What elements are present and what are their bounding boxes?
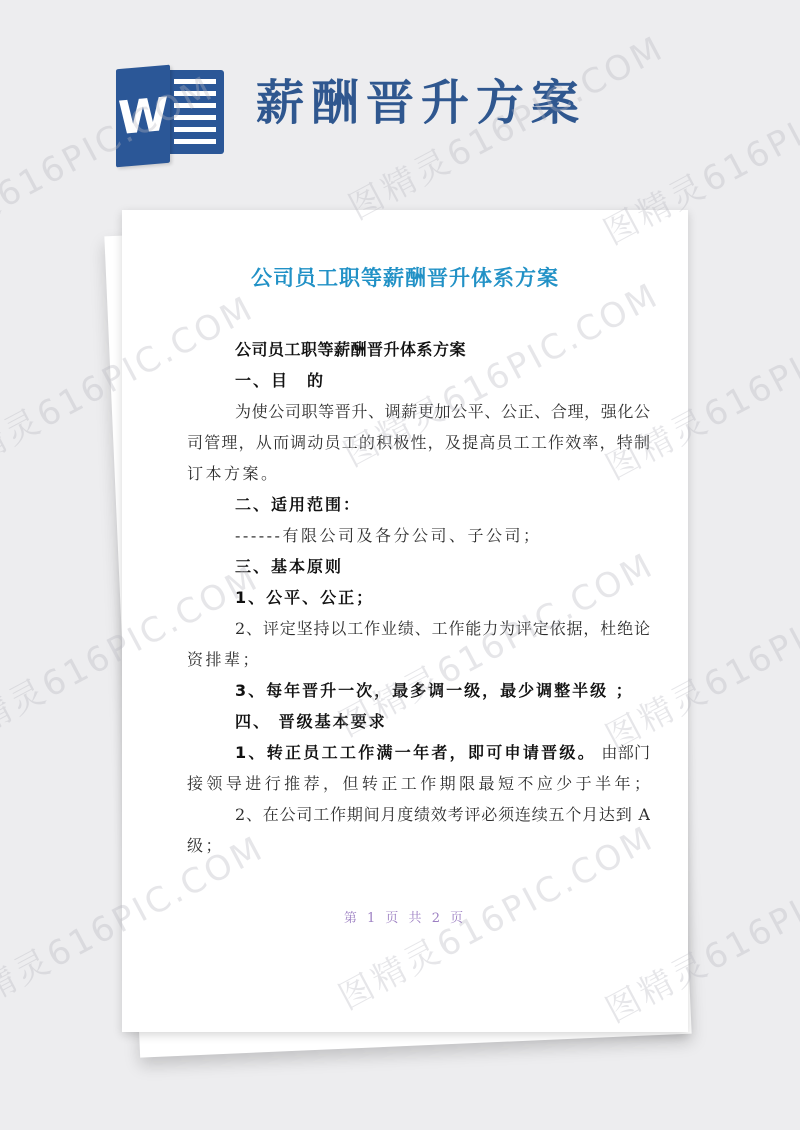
document-subtitle: 公司员工职等薪酬晋升体系方案 — [187, 334, 650, 365]
site-header: W 薪酬晋升方案 — [0, 0, 800, 200]
paragraph-line: 订本方案。 — [187, 458, 650, 489]
list-item: 2、在公司工作期间月度绩效考评必须连续五个月达到 A — [187, 799, 650, 830]
paragraph-line: 司管理，从而调动员工的积极性，及提高员工工作效率，特制 — [187, 427, 650, 458]
list-item-bold-part: 1、转正员工工作满一年者，即可申请晋级。 — [235, 743, 596, 762]
list-item: 3、每年晋升一次，最多调一级，最少调整半级 ； — [187, 675, 650, 706]
word-icon-cover-part: W — [116, 65, 170, 168]
word-icon-letter: W — [116, 65, 170, 168]
paragraph-line: 级； — [187, 830, 650, 861]
word-file-icon: W — [114, 62, 226, 170]
section-1-heading: 一、目 的 — [187, 365, 650, 396]
word-icon-document-part — [166, 70, 224, 154]
paragraph-line: 资排辈； — [187, 644, 650, 675]
page-title: 薪酬晋升方案 — [256, 72, 586, 134]
page-number: 第 1 页 共 2 页 — [122, 907, 688, 926]
section-2-heading: 二、适用范围： — [187, 489, 650, 520]
list-item: 2、评定坚持以工作业绩、工作能力为评定依据，杜绝论 — [187, 613, 650, 644]
section-3-heading: 三、基本原则 — [187, 551, 650, 582]
list-item: 1、转正员工工作满一年者，即可申请晋级。 由部门或直 — [187, 737, 650, 768]
document-body: 公司员工职等薪酬晋升体系方案 一、目 的 为使公司职等晋升、调薪更加公平、公正、… — [187, 334, 650, 861]
document-heading: 公司员工职等薪酬晋升体系方案 — [122, 262, 688, 292]
document-page: 公司员工职等薪酬晋升体系方案 公司员工职等薪酬晋升体系方案 一、目 的 为使公司… — [122, 210, 688, 1032]
paragraph-line: 接领导进行推荐，但转正工作期限最短不应少于半年； — [187, 768, 650, 799]
paragraph-line: 为使公司职等晋升、调薪更加公平、公正、合理，强化公 — [187, 396, 650, 427]
paragraph-line: ------有限公司及各分公司、子公司； — [187, 520, 650, 551]
section-4-heading: 四、 晋级基本要求 — [187, 706, 650, 737]
page-background: W 薪酬晋升方案 公司员工职等薪酬晋升体系方案 公司员工职等薪酬晋升体系方案 一… — [0, 0, 800, 1130]
list-item: 1、公平、公正； — [187, 582, 650, 613]
